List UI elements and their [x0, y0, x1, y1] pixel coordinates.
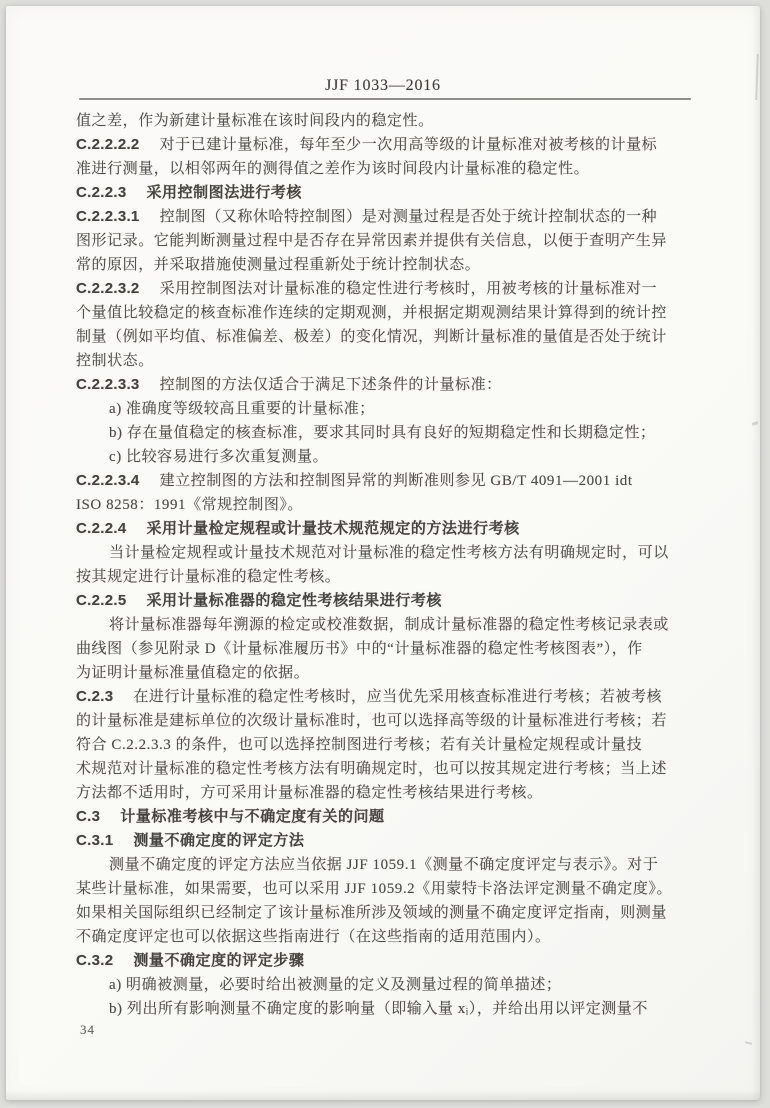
line-text: c) 比较容易进行多次重复测量。 [109, 449, 328, 465]
text-line: 准进行测量，以相邻两年的测得值之差作为该时间段内计量标准的稳定性。 [76, 157, 704, 181]
text-line: C.2.2.3.2采用控制图法对计量标准的稳定性进行考核时，用被考核的计量标准对… [76, 277, 704, 301]
line-text: 对于已建计量标准，每年至少一次用高等级的计量标准对被考核的计量标 [160, 137, 658, 153]
text-line: 符合 C.2.2.3.3 的条件，也可以选择控制图进行考核；若有关计量检定规程或… [76, 733, 704, 757]
text-line: 为证明计量标准量值稳定的依据。 [76, 661, 704, 685]
text-line: 按其规定进行计量标准的稳定性考核。 [76, 565, 704, 589]
line-text: 术规范对计量标准的稳定性考核方法有明确规定时，也可以按其规定进行考核；当上述 [76, 761, 667, 777]
clause-number: C.2.2.3.3 [76, 376, 140, 393]
line-text: 准进行测量，以相邻两年的测得值之差作为该时间段内计量标准的稳定性。 [76, 161, 589, 177]
text-line: b) 列出所有影响测量不确定度的影响量（即输入量 xᵢ），并给出用以评定测量不 [76, 997, 704, 1021]
clause-number: C.2.2.4 [76, 520, 126, 537]
header-rule [79, 98, 691, 100]
clause-number: C.2.2.3.2 [76, 280, 140, 297]
text-line: 控制状态。 [76, 349, 704, 373]
text-line: b) 存在量值稳定的核查标准，要求其同时具有良好的短期稳定性和长期稳定性； [76, 421, 704, 445]
line-text: 测量不确定度的评定方法应当依据 JJF 1059.1《测量不确定度评定与表示》。… [109, 857, 658, 873]
line-text: 不确定度评定也可以依据这些指南进行（在这些指南的适用范围内）。 [76, 929, 551, 945]
text-line: 将计量标准器每年溯源的检定或校准数据，制成计量标准器的稳定性考核记录表或 [76, 613, 704, 637]
scanned-page: JJF 1033—2016 值之差，作为新建计量标准在该时间段内的稳定性。C.2… [6, 6, 760, 1100]
clause-number: C.2.3 [76, 688, 113, 705]
line-text: 计量标准考核中与不确定度有关的问题 [120, 808, 384, 825]
text-line: C.2.2.4采用计量检定规程或计量技术规范规定的方法进行考核 [76, 517, 704, 541]
text-line: a) 准确度等级较高且重要的计量标准； [76, 397, 704, 421]
text-line: 值之差，作为新建计量标准在该时间段内的稳定性。 [76, 109, 704, 133]
line-text: 值之差，作为新建计量标准在该时间段内的稳定性。 [76, 113, 434, 129]
line-text: 常的原因，并采取措施使测量过程重新处于统计控制状态。 [76, 257, 480, 273]
text-line: c) 比较容易进行多次重复测量。 [76, 445, 704, 469]
text-line: 某些计量标准，如果需要，也可以采用 JJF 1059.2《用蒙特卡洛法评定测量不… [76, 877, 704, 901]
text-line: 当计量检定规程或计量技术规范对计量标准的稳定性考核方法有明确规定时，可以 [76, 541, 704, 565]
scan-artifact [6, 1090, 760, 1100]
scan-artifact [752, 6, 760, 1100]
text-line: C.3.2测量不确定度的评定步骤 [76, 949, 704, 973]
line-text: a) 明确被测量，必要时给出被测量的定义及测量过程的简单描述； [109, 977, 561, 993]
line-text: 采用计量标准器的稳定性考核结果进行考核 [146, 592, 441, 609]
line-text: ISO 8258：1991《常规控制图》。 [76, 497, 303, 513]
clause-number: C.2.2.2.2 [76, 136, 140, 153]
line-text: 按其规定进行计量标准的稳定性考核。 [76, 569, 340, 585]
clause-number: C.3.1 [76, 832, 113, 849]
body-text: 值之差，作为新建计量标准在该时间段内的稳定性。C.2.2.2.2对于已建计量标准… [76, 109, 704, 1021]
clause-number: C.2.2.3.1 [76, 208, 140, 225]
text-line: C.3计量标准考核中与不确定度有关的问题 [76, 805, 704, 829]
text-line: 的计量标准是建标单位的次级计量标准时，也可以选择高等级的计量标准进行考核；若 [76, 709, 704, 733]
text-line: C.3.1测量不确定度的评定方法 [76, 829, 704, 853]
text-line: 测量不确定度的评定方法应当依据 JJF 1059.1《测量不确定度评定与表示》。… [76, 853, 704, 877]
clause-number: C.2.2.5 [76, 592, 126, 609]
line-text: 将计量标准器每年溯源的检定或校准数据，制成计量标准器的稳定性考核记录表或 [109, 617, 669, 633]
text-line: C.2.2.3采用控制图法进行考核 [76, 181, 704, 205]
line-text: 测量不确定度的评定步骤 [133, 952, 304, 969]
text-line: 术规范对计量标准的稳定性考核方法有明确规定时，也可以按其规定进行考核；当上述 [76, 757, 704, 781]
text-line: 制量（例如平均值、标准偏差、极差）的变化情况，判断计量标准的量值是否处于统计 [76, 325, 704, 349]
line-text: 采用控制图法对计量标准的稳定性进行考核时，用被考核的计量标准对一 [160, 281, 658, 297]
text-line: a) 明确被测量，必要时给出被测量的定义及测量过程的简单描述； [76, 973, 704, 997]
text-line: 不确定度评定也可以依据这些指南进行（在这些指南的适用范围内）。 [76, 925, 704, 949]
line-text: 某些计量标准，如果需要，也可以采用 JJF 1059.2《用蒙特卡洛法评定测量不… [76, 881, 672, 897]
line-text: 为证明计量标准量值稳定的依据。 [76, 665, 309, 681]
line-text: 控制图（又称休哈特控制图）是对测量过程是否处于统计控制状态的一种 [160, 209, 658, 225]
text-line: 常的原因，并采取措施使测量过程重新处于统计控制状态。 [76, 253, 704, 277]
line-text: 当计量检定规程或计量技术规范对计量标准的稳定性考核方法有明确规定时，可以 [109, 545, 669, 561]
clause-number: C.2.2.3 [76, 184, 126, 201]
scan-artifact [745, 1041, 752, 1044]
line-text: 个量值比较稳定的核查标准作连续的定期观测，并根据定期观测结果计算得到的统计控 [76, 305, 667, 321]
text-line: 方法都不适用时，方可采用计量标准器的稳定性考核结果进行考核。 [76, 781, 704, 805]
line-text: 在进行计量标准的稳定性考核时，应当优先采用核查标准进行考核；若被考核 [133, 689, 662, 705]
text-line: C.2.2.3.3控制图的方法仅适合于满足下述条件的计量标准： [76, 373, 704, 397]
line-text: b) 存在量值稳定的核查标准，要求其同时具有良好的短期稳定性和长期稳定性； [109, 425, 656, 441]
text-line: C.2.2.2.2对于已建计量标准，每年至少一次用高等级的计量标准对被考核的计量… [76, 133, 704, 157]
line-text: 控制状态。 [76, 353, 154, 369]
line-text: a) 准确度等级较高且重要的计量标准； [109, 401, 375, 417]
line-text: 采用控制图法进行考核 [146, 184, 302, 201]
clause-number: C.3.2 [76, 952, 113, 969]
line-text: 建立控制图的方法和控制图异常的判断准则参见 GB/T 4091—2001 idt [160, 473, 633, 489]
line-text: 图形记录。它能判断测量过程中是否存在异常因素并提供有关信息，以便于查明产生异 [76, 233, 667, 249]
text-line: 个量值比较稳定的核查标准作连续的定期观测，并根据定期观测结果计算得到的统计控 [76, 301, 704, 325]
text-line: C.2.3在进行计量标准的稳定性考核时，应当优先采用核查标准进行考核；若被考核 [76, 685, 704, 709]
clause-number: C.2.2.3.4 [76, 472, 140, 489]
line-text: 制量（例如平均值、标准偏差、极差）的变化情况，判断计量标准的量值是否处于统计 [76, 329, 667, 345]
doc-number: JJF 1033—2016 [6, 77, 760, 95]
text-line: C.2.2.5采用计量标准器的稳定性考核结果进行考核 [76, 589, 704, 613]
text-line: C.2.2.3.4建立控制图的方法和控制图异常的判断准则参见 GB/T 4091… [76, 469, 704, 493]
text-line: 如果相关国际组织已经制定了该计量标准所涉及领域的测量不确定度评定指南，则测量 [76, 901, 704, 925]
line-text: 曲线图（参见附录 D《计量标准履历书》中的“计量标准器的稳定性考核图表”），作 [76, 641, 643, 657]
line-text: 控制图的方法仅适合于满足下述条件的计量标准： [160, 377, 502, 393]
line-text: 方法都不适用时，方可采用计量标准器的稳定性考核结果进行考核。 [76, 785, 543, 801]
line-text: 采用计量检定规程或计量技术规范规定的方法进行考核 [146, 520, 519, 537]
line-text: 如果相关国际组织已经制定了该计量标准所涉及领域的测量不确定度评定指南，则测量 [76, 905, 667, 921]
clause-number: C.3 [76, 808, 100, 825]
line-text: 符合 C.2.2.3.3 的条件，也可以选择控制图进行考核；若有关计量检定规程或… [76, 737, 642, 753]
text-line: 曲线图（参见附录 D《计量标准履历书》中的“计量标准器的稳定性考核图表”），作 [76, 637, 704, 661]
text-line: 图形记录。它能判断测量过程中是否存在异常因素并提供有关信息，以便于查明产生异 [76, 229, 704, 253]
scan-artifact [752, 421, 759, 426]
page-number: 34 [80, 1022, 95, 1038]
line-text: b) 列出所有影响测量不确定度的影响量（即输入量 xᵢ），并给出用以评定测量不 [109, 1001, 648, 1017]
text-line: ISO 8258：1991《常规控制图》。 [76, 493, 704, 517]
text-line: C.2.2.3.1控制图（又称休哈特控制图）是对测量过程是否处于统计控制状态的一… [76, 205, 704, 229]
line-text: 的计量标准是建标单位的次级计量标准时，也可以选择高等级的计量标准进行考核；若 [76, 713, 667, 729]
line-text: 测量不确定度的评定方法 [133, 832, 304, 849]
